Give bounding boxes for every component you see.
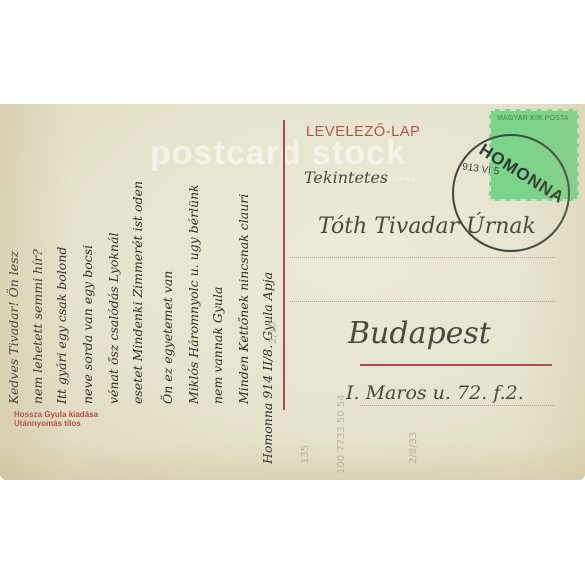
address-line [290, 301, 555, 302]
postcard-title: LEVELEZŐ-LAP [306, 124, 420, 140]
message-line: neve sorda van egy bocsi [80, 245, 95, 404]
vertical-divider [283, 120, 285, 410]
pencil-note: 100 7733 50 54 [336, 394, 347, 474]
message-signature: Homonna 914 II/8. Gyula Apja [260, 272, 275, 464]
postcard-back: postcard stock memories · stories LEVELE… [0, 104, 585, 480]
message-line: vénat ősz csalódás Lyoknál [106, 233, 121, 404]
message-line: Kedves Tivadar! Ön lesz [6, 251, 21, 404]
address-line [360, 405, 555, 406]
message-line: esetet Mindenki Zimmerét ist oden [130, 181, 145, 404]
address-line [290, 257, 555, 258]
pencil-note: 2/10 [268, 322, 279, 344]
pencil-note: 2/8/33 [408, 432, 419, 464]
address-salutation: Tekintetes [304, 168, 388, 187]
city-underline [360, 364, 552, 366]
stamp-country-text: MAGYAR KIR.POSTA [497, 115, 569, 122]
message-line: Ön ez egyetemet van [160, 271, 175, 404]
address-city: Budapest [348, 316, 491, 351]
address-street: I. Maros u. 72. f.2. [346, 382, 524, 404]
message-line: nem vannak Gyula [210, 287, 225, 404]
message-line: Miklós Háromnyolc u. ugy bérlünk [186, 184, 201, 404]
copyright-line: Utánnyomás tilos [14, 419, 98, 428]
pencil-note: 135 [300, 445, 311, 464]
message-line: Itt gyári egy csak bolond [54, 247, 69, 404]
publisher-note: Hossza Gyula kiadása Utánnyomás tilos [14, 410, 98, 428]
publisher-line: Hossza Gyula kiadása [14, 410, 98, 419]
message-line: nem lehetett semmi hír? [30, 249, 45, 404]
message-line: Minden Kettőnek nincsnak clauri [236, 194, 251, 404]
